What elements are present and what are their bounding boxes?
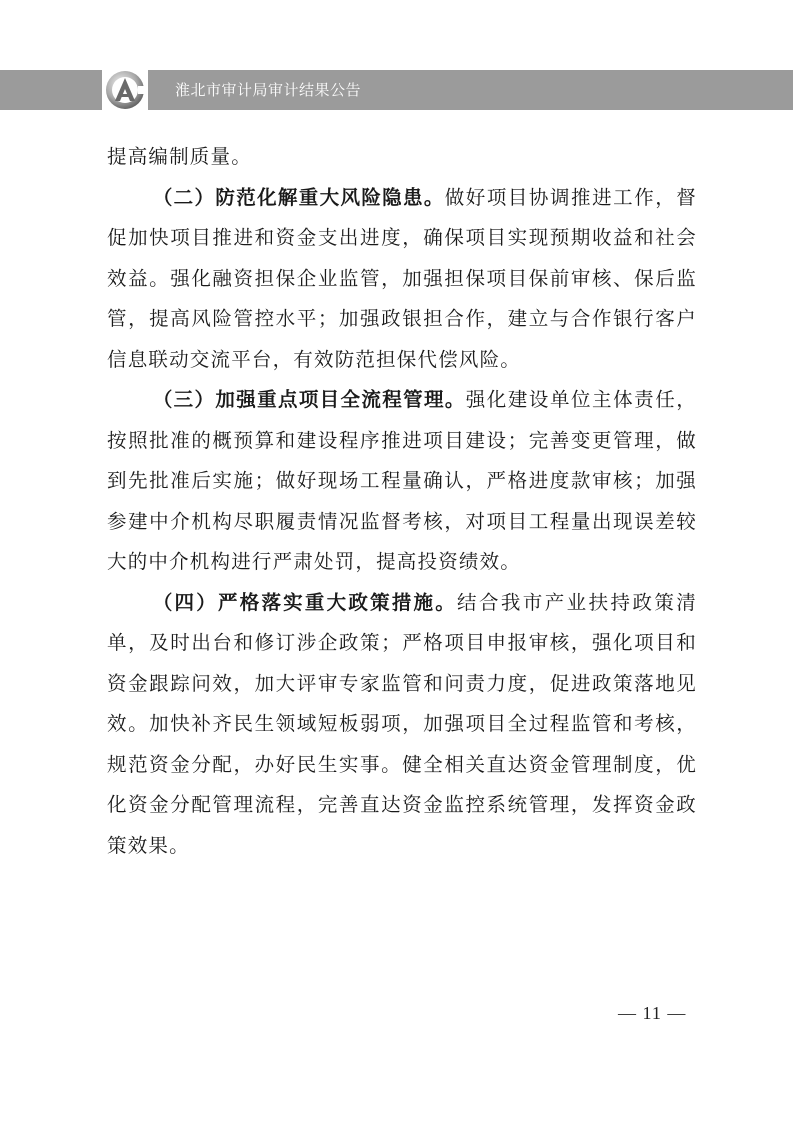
paragraph-continuation: 提高编制质量。 bbox=[107, 137, 697, 178]
section-heading: （三）加强重点项目全流程管理。 bbox=[153, 388, 466, 411]
header-title: 淮北市审计局审计结果公告 bbox=[175, 70, 361, 110]
section-heading: （四）严格落实重大政策措施。 bbox=[153, 591, 457, 614]
section-text: 做好项目协调推进工作，督促加快项目推进和资金支出进度，确保项目实现预期收益和社会… bbox=[107, 186, 697, 371]
document-body: 提高编制质量。 （二）防范化解重大风险隐患。做好项目协调推进工作，督促加快项目推… bbox=[107, 137, 697, 866]
section-paragraph: （三）加强重点项目全流程管理。强化建设单位主体责任，按照批准的概预算和建设程序推… bbox=[107, 380, 697, 583]
section-heading: （二）防范化解重大风险隐患。 bbox=[153, 186, 445, 209]
logo bbox=[102, 66, 148, 114]
page-number: — 11 — bbox=[618, 1003, 686, 1024]
audit-emblem-icon bbox=[104, 69, 146, 111]
section-paragraph: （四）严格落实重大政策措施。结合我市产业扶持政策清单，及时出台和修订涉企政策；严… bbox=[107, 583, 697, 867]
section-text: 结合我市产业扶持政策清单，及时出台和修订涉企政策；严格项目申报审核，强化项目和资… bbox=[107, 591, 697, 857]
section-paragraph: （二）防范化解重大风险隐患。做好项目协调推进工作，督促加快项目推进和资金支出进度… bbox=[107, 178, 697, 381]
section-text: 强化建设单位主体责任，按照批准的概预算和建设程序推进项目建设；完善变更管理，做到… bbox=[107, 388, 697, 573]
